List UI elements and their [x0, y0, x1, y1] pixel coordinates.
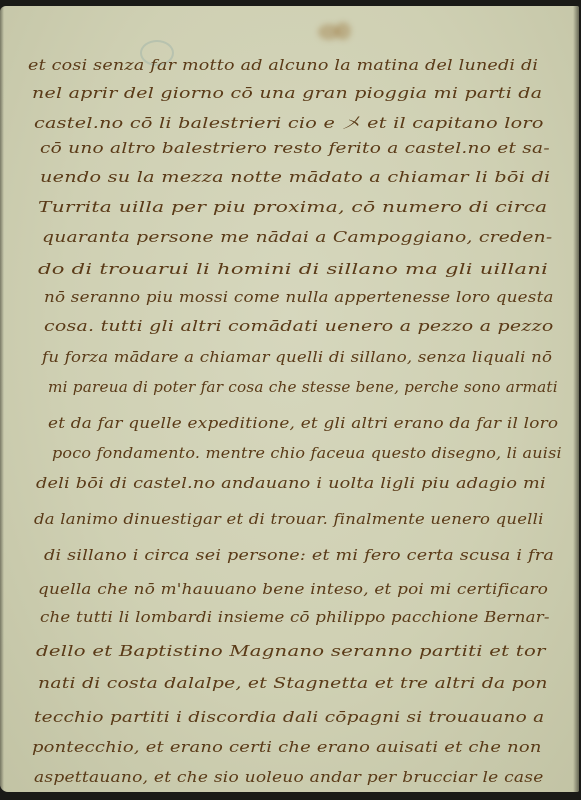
manuscript-line: fu forza mādare a chiamar quelli di sill…: [42, 348, 552, 366]
manuscript-line: da lanimo dinuestigar et di trouar. fina…: [34, 510, 544, 528]
manuscript-line: uendo su la mezza notte mādato a chiamar…: [40, 168, 550, 186]
manuscript-line: et cosi senza far motto ad alcuno la mat…: [28, 56, 538, 74]
manuscript-line: cō uno altro balestriero resto ferito a …: [40, 139, 550, 157]
manuscript-line: nati di costa dalalpe, et Stagnetta et t…: [38, 674, 548, 692]
manuscript-line: dello et Baptistino Magnano seranno part…: [36, 642, 546, 660]
manuscript-line: tecchio partiti i discordia dali cōpagni…: [34, 708, 544, 726]
manuscript-page: et cosi senza far motto ad alcuno la mat…: [0, 6, 579, 792]
manuscript-line: quaranta persone me nādai a Campoggiano,…: [42, 228, 553, 246]
page-edge-shadow: [573, 6, 579, 792]
manuscript-line: castel.no cō li balestrieri cio e 〤 et i…: [34, 112, 544, 133]
manuscript-line: do di trouarui li homini di sillano ma g…: [38, 260, 548, 278]
manuscript-line: che tutti li lombardi insieme cō philipp…: [40, 608, 550, 626]
manuscript-line: pontecchio, et erano certi che erano aui…: [32, 738, 542, 756]
ink-stain: [335, 22, 351, 40]
manuscript-line: quella che nō m'hauuano bene inteso, et …: [38, 580, 548, 598]
manuscript-line: nō seranno piu mossi come nulla apperten…: [44, 288, 554, 306]
manuscript-line: cosa. tutti gli altri comādati uenero a …: [44, 317, 553, 335]
manuscript-line: nel aprir del giorno cō una gran pioggia…: [32, 84, 542, 102]
manuscript-line: aspettauano, et che sio uoleuo andar per…: [34, 768, 544, 786]
manuscript-line: di sillano i circa sei persone: et mi fe…: [44, 546, 554, 564]
page-edge-shadow: [0, 6, 4, 792]
manuscript-line: Turrita uilla per piu proxima, cō numero…: [38, 198, 547, 216]
manuscript-line: mi pareua di poter far cosa che stesse b…: [48, 378, 558, 396]
manuscript-line: deli bōi di castel.no andauano i uolta l…: [36, 474, 546, 492]
manuscript-line: et da far quelle expeditione, et gli alt…: [48, 414, 558, 432]
manuscript-line: poco fondamento. mentre chio faceua ques…: [52, 444, 562, 462]
